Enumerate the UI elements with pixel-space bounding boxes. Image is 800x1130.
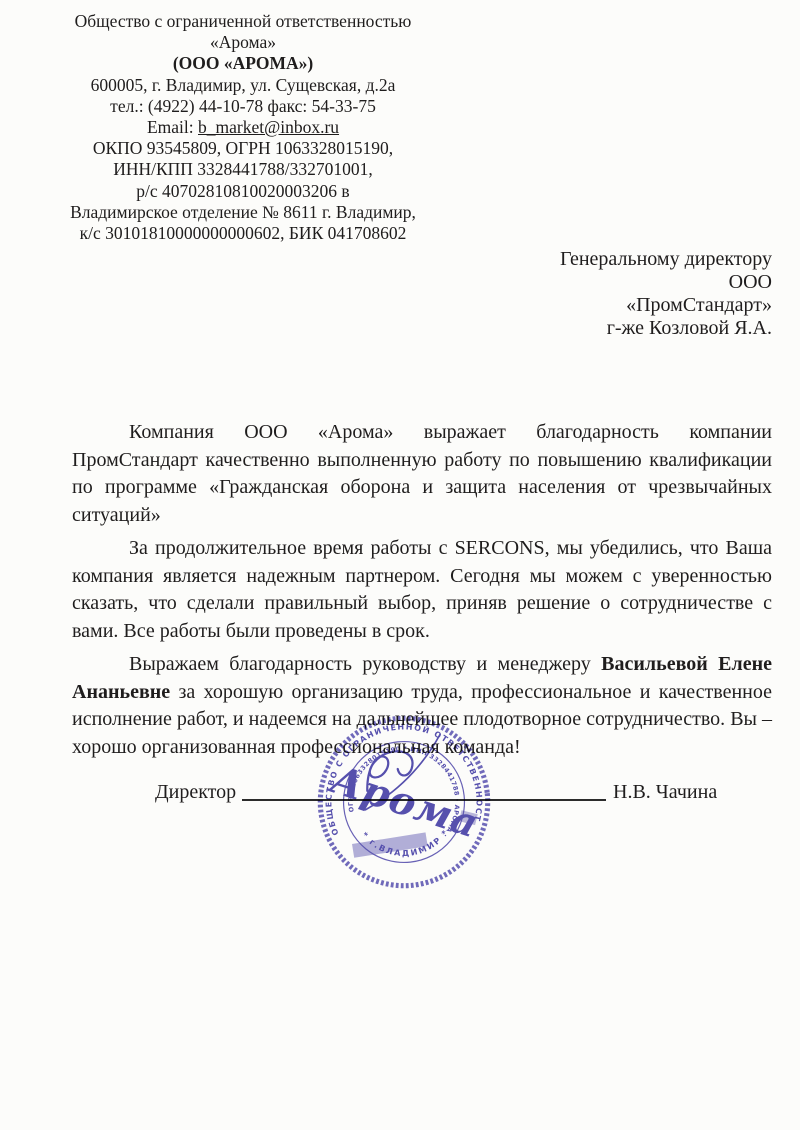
recipient-org-name: «ПромСтандарт» [442,294,772,317]
paragraph-gratitude: Компания ООО «Арома» выражает благодарно… [72,419,772,529]
email-address: b_market@inbox.ru [198,117,339,137]
org-inn-kpp: ИНН/КПП 3328441788/332701001, [32,159,454,180]
signatory-name: Н.В. Чачина [613,781,717,804]
company-stamp: ОБЩЕСТВО С ОГРАНИЧЕННОЙ ОТВЕТСТВЕННОСТЬЮ… [302,700,506,904]
signature-role-label: Директор [155,781,236,804]
recipient-person: г-же Козловой Я.А. [442,317,772,340]
paragraph-partnership: За продолжительное время работы с SERCON… [72,535,772,645]
org-phone-fax: тел.: (4922) 44-10-78 факс: 54-33-75 [32,96,454,117]
org-short-name: (ООО «АРОМА») [32,53,454,74]
stamp-graphic: ОБЩЕСТВО С ОГРАНИЧЕННОЙ ОТВЕТСТВЕННОСТЬЮ… [302,700,496,896]
stamp-center-brand: Арома [322,756,484,848]
recipient-block: Генеральному директору ООО «ПромСтандарт… [442,248,772,340]
org-full-name-line1: Общество с ограниченной ответственностью [32,11,454,32]
recipient-org-type: ООО [442,271,772,294]
org-okpo-ogrn: ОКПО 93545809, ОГРН 1063328015190, [32,138,454,159]
email-label: Email: [147,117,194,137]
org-bank-branch: Владимирское отделение № 8611 г. Владими… [32,202,454,223]
org-settlement-account: р/с 40702810810020003206 в [32,181,454,202]
paragraph-thanks-start: Выражаем благодарность руководству и мен… [129,653,591,675]
org-email-line: Email: b_market@inbox.ru [32,117,454,138]
org-full-name-line2: «Арома» [32,32,454,53]
sender-letterhead: Общество с ограниченной ответственностью… [32,11,454,244]
org-corr-account-bik: к/с 30101810000000000602, БИК 041708602 [32,223,454,244]
letter-page: Общество с ограниченной ответственностью… [0,0,800,1130]
org-address: 600005, г. Владимир, ул. Сущевская, д.2а [32,75,454,96]
recipient-title: Генеральному директору [442,248,772,271]
